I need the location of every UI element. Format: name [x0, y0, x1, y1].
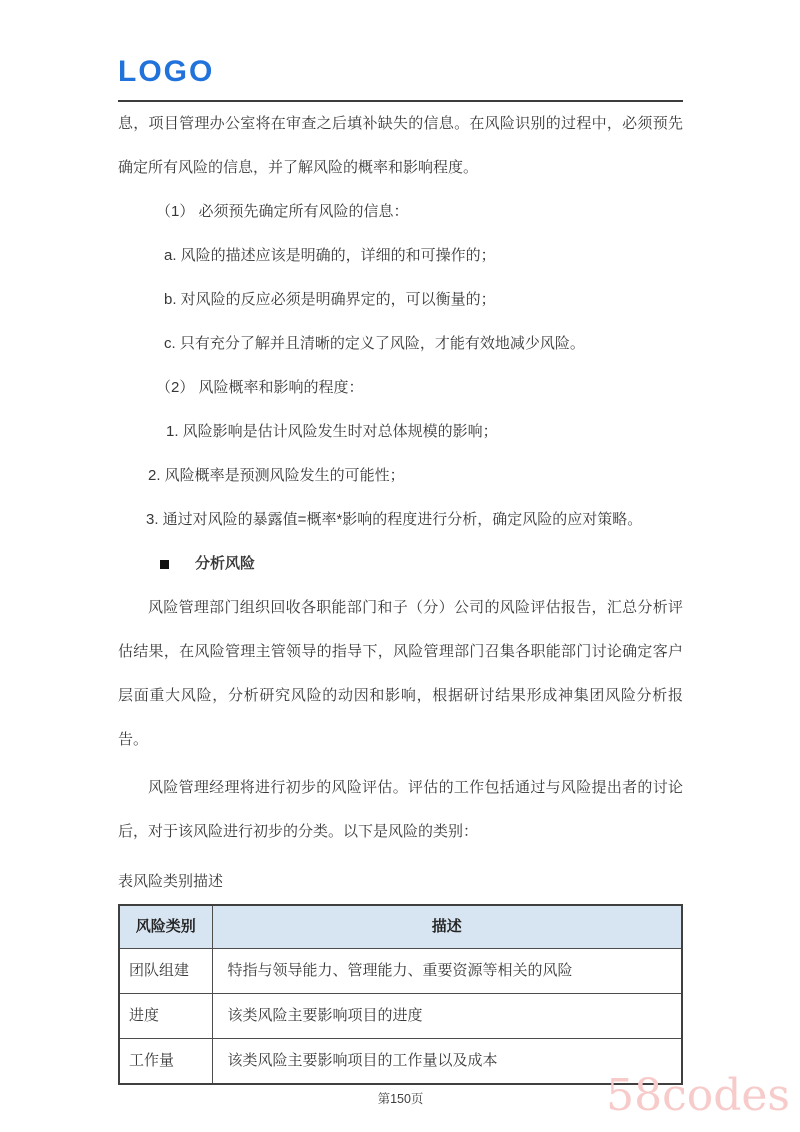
list-1-item-b: b. 对风险的反应必须是明确界定的，可以衡量的； — [118, 278, 683, 322]
intro-paragraph: 息，项目管理办公室将在审查之后填补缺失的信息。在风险识别的过程中，必须预先确定所… — [118, 102, 683, 190]
list-2-item-2: 2. 风险概率是预测风险发生的可能性； — [118, 454, 683, 498]
list-2-item-1: 1. 风险影响是估计风险发生时对总体规模的影响； — [118, 410, 683, 454]
cell-category: 团队组建 — [119, 949, 212, 994]
page-header: LOGO — [118, 0, 683, 102]
list-1-item-c: c. 只有充分了解并且清晰的定义了风险，才能有效地减少风险。 — [118, 322, 683, 366]
analysis-paragraph: 风险管理部门组织回收各职能部门和子（分）公司的风险评估报告，汇总分析评估结果，在… — [118, 586, 683, 762]
manager-paragraph: 风险管理经理将进行初步的风险评估。评估的工作包括通过与风险提出者的讨论后，对于该… — [118, 766, 683, 854]
list-1-title: （1） 必须预先确定所有风险的信息： — [118, 190, 683, 234]
cell-category: 进度 — [119, 994, 212, 1039]
table-row: 工作量 该类风险主要影响项目的工作量以及成本 — [119, 1039, 682, 1085]
column-header-category: 风险类别 — [119, 905, 212, 949]
page-footer: 第150页 — [118, 1091, 683, 1107]
document-body: 息，项目管理办公室将在审查之后填补缺失的信息。在风险识别的过程中，必须预先确定所… — [118, 102, 683, 1107]
table-row: 进度 该类风险主要影响项目的进度 — [119, 994, 682, 1039]
bullet-square-icon — [160, 560, 169, 569]
page-number: 第150页 — [378, 1092, 424, 1106]
table-row: 团队组建 特指与领导能力、管理能力、重要资源等相关的风险 — [119, 949, 682, 994]
list-1-item-a: a. 风险的描述应该是明确的，详细的和可操作的； — [118, 234, 683, 278]
cell-category: 工作量 — [119, 1039, 212, 1085]
company-logo: LOGO — [118, 54, 683, 100]
table-header-row: 风险类别 描述 — [119, 905, 682, 949]
cell-description: 该类风险主要影响项目的进度 — [212, 994, 682, 1039]
cell-description: 特指与领导能力、管理能力、重要资源等相关的风险 — [212, 949, 682, 994]
list-2-title: （2） 风险概率和影响的程度： — [118, 366, 683, 410]
section-heading-row: 分析风险 — [118, 542, 683, 586]
table-caption: 表风险类别描述 — [118, 860, 683, 904]
section-heading: 分析风险 — [195, 542, 255, 586]
risk-category-table: 风险类别 描述 团队组建 特指与领导能力、管理能力、重要资源等相关的风险 进度 … — [118, 904, 683, 1085]
cell-description: 该类风险主要影响项目的工作量以及成本 — [212, 1039, 682, 1085]
document-page: LOGO 息，项目管理办公室将在审查之后填补缺失的信息。在风险识别的过程中，必须… — [0, 0, 800, 1132]
list-2-item-3: 3. 通过对风险的暴露值=概率*影响的程度进行分析，确定风险的应对策略。 — [118, 498, 683, 542]
column-header-description: 描述 — [212, 905, 682, 949]
